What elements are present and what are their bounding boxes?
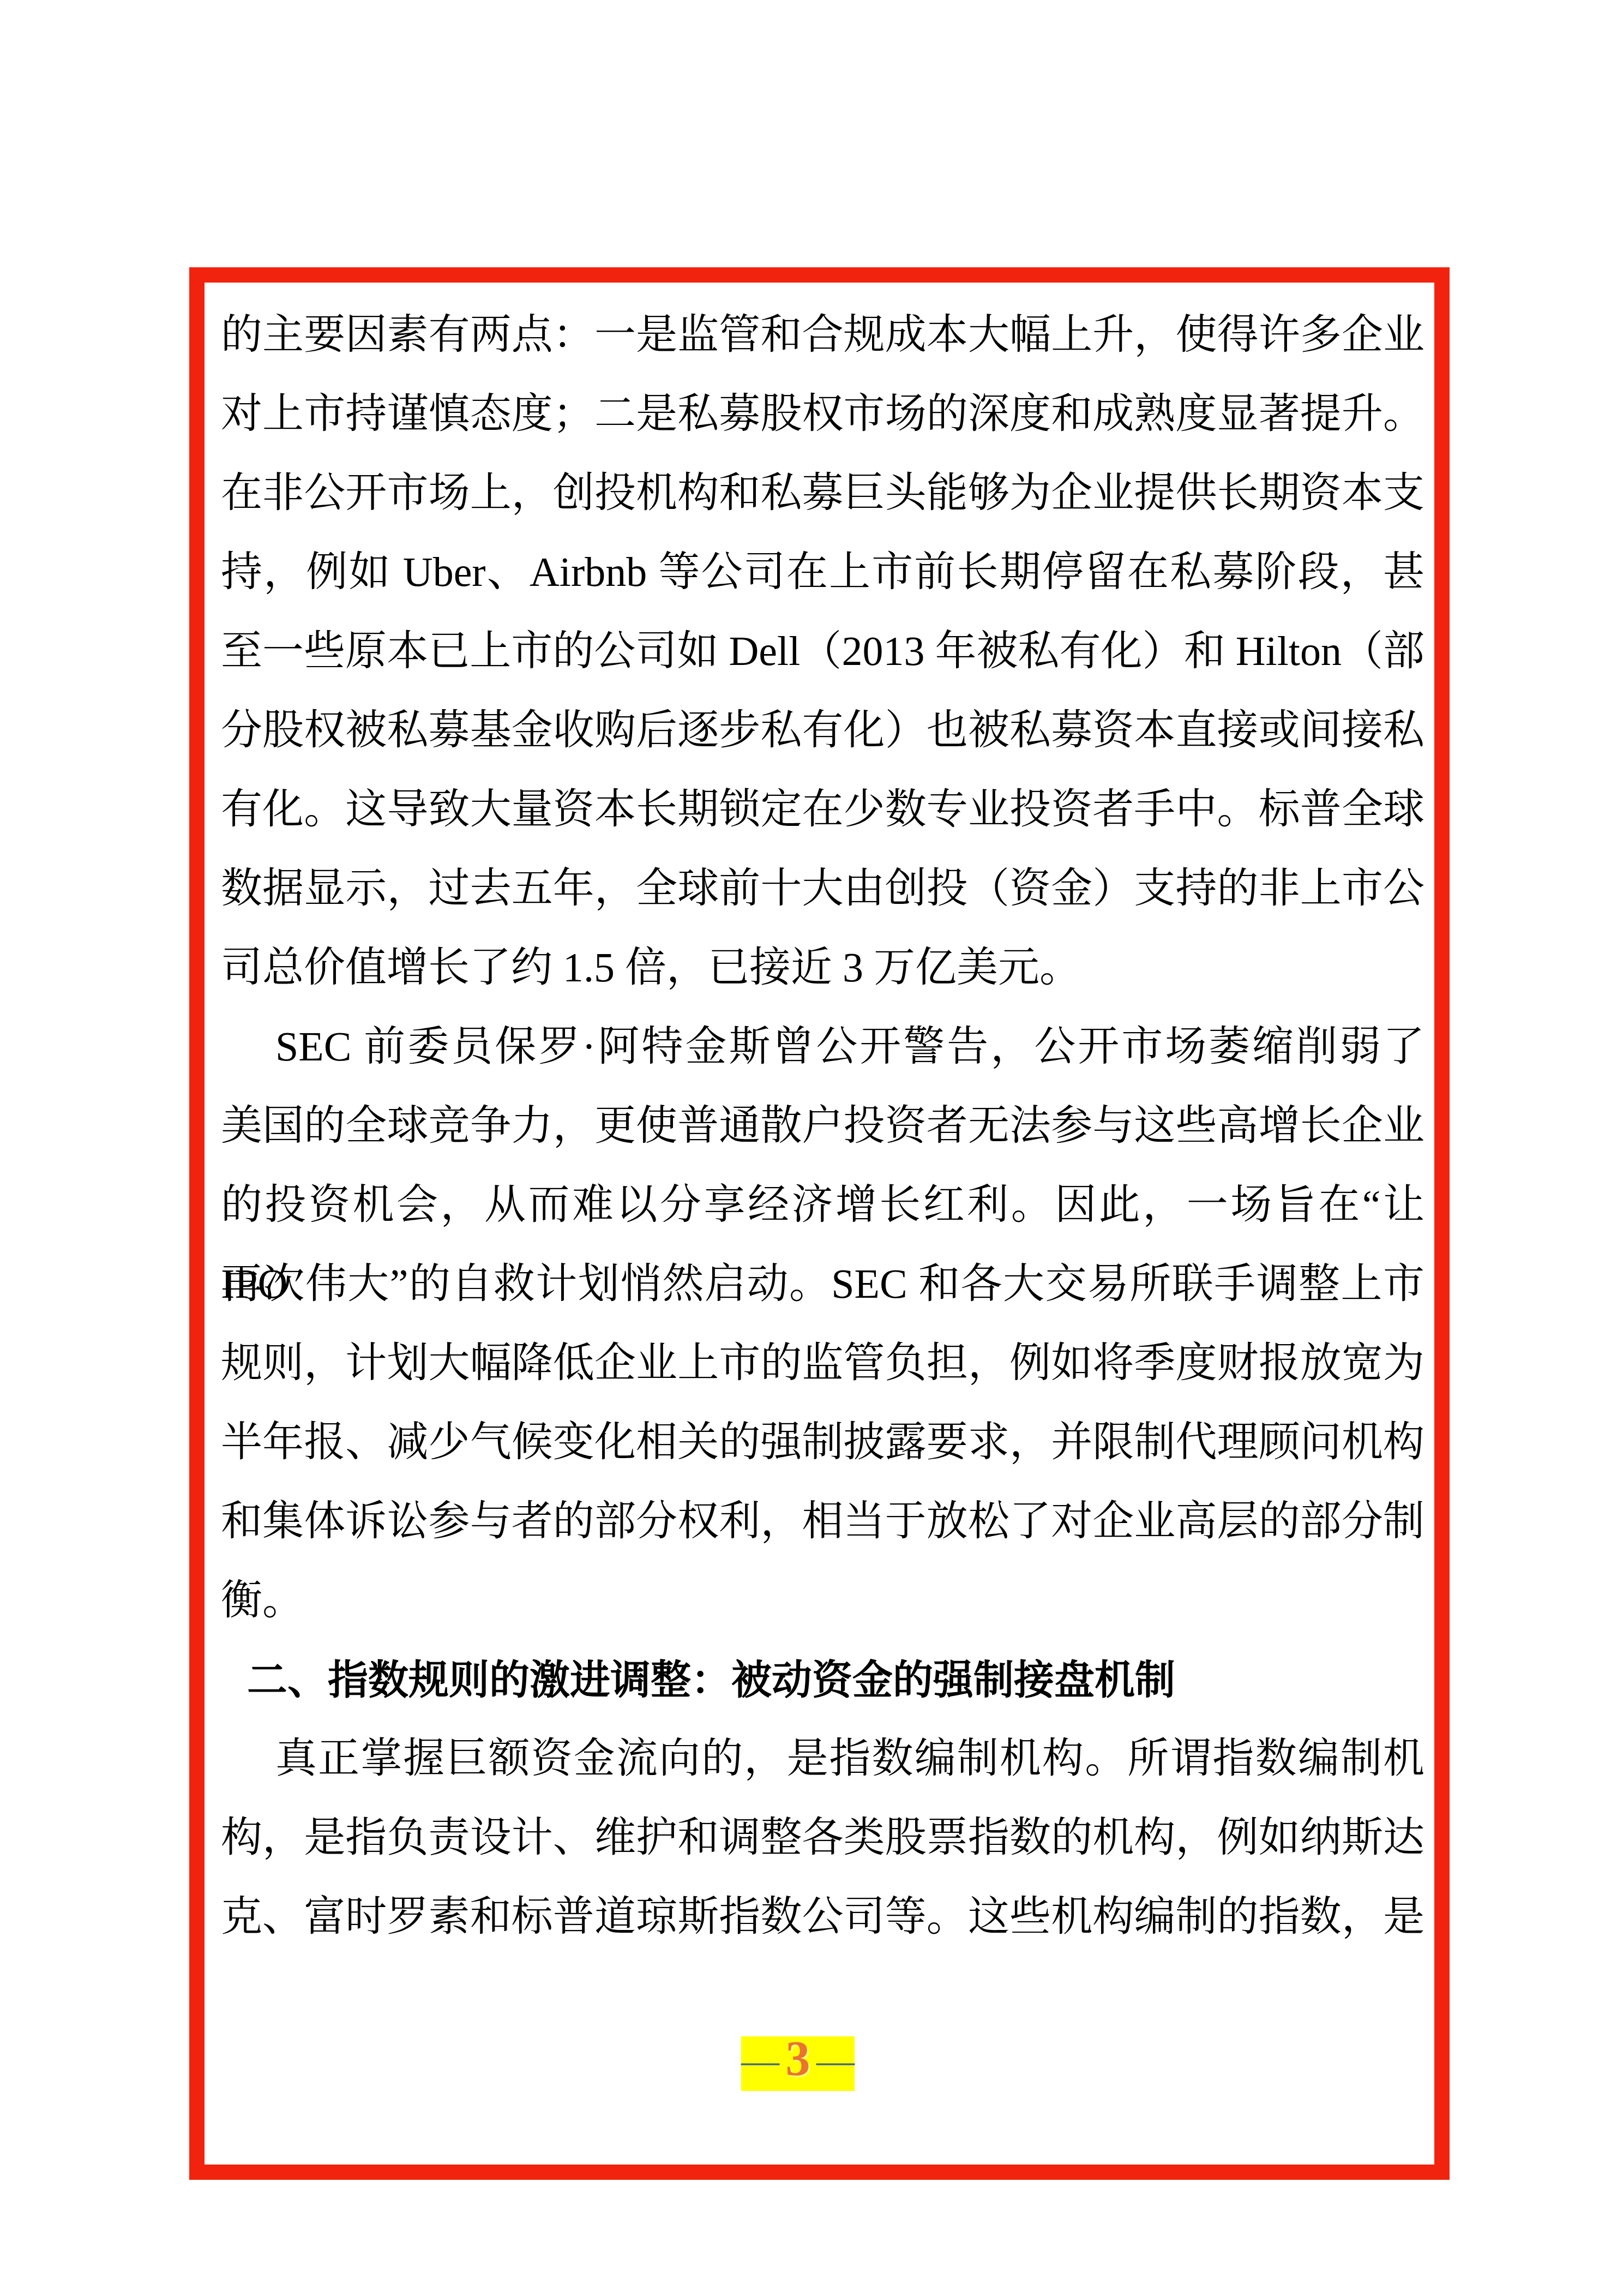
body-line: 在非公开市场上，创投机构和私募巨头能够为企业提供长期资本支 bbox=[221, 454, 1424, 533]
body-line: 规则，计划大幅降低企业上市的监管负担，例如将季度财报放宽为 bbox=[221, 1324, 1424, 1403]
section-heading: 二、指数规则的激进调整：被动资金的强制接盘机制 bbox=[221, 1640, 1424, 1719]
body-line: 的投资机会，从而难以分享经济增长红利。因此，一场旨在“让 IPO bbox=[221, 1166, 1424, 1245]
body-line: 数据显示，过去五年，全球前十大由创投（资金）支持的非上市公 bbox=[221, 849, 1424, 928]
body-line: 持，例如 Uber、Airbnb 等公司在上市前长期停留在私募阶段，甚 bbox=[221, 533, 1424, 612]
page-number: 3 bbox=[786, 2035, 810, 2084]
body-line: 构，是指负责设计、维护和调整各类股票指数的机构，例如纳斯达 bbox=[221, 1799, 1424, 1878]
body-line: 对上市持谨慎态度；二是私募股权市场的深度和成熟度显著提升。 bbox=[221, 375, 1424, 454]
body-line: 半年报、减少气候变化相关的强制披露要求，并限制代理顾问机构 bbox=[221, 1403, 1424, 1482]
body-line: 分股权被私募基金收购后逐步私有化）也被私募资本直接或间接私 bbox=[221, 691, 1424, 770]
footer-dash-right: — bbox=[816, 2042, 855, 2081]
body-line: 美国的全球竞争力，更使普通散户投资者无法参与这些高增长企业 bbox=[221, 1087, 1424, 1166]
page-number-footer: — 3 — bbox=[741, 2036, 855, 2091]
footer-dash-left: — bbox=[741, 2042, 779, 2081]
body-line: 和集体诉讼参与者的部分权利，相当于放松了对企业高层的部分制 bbox=[221, 1482, 1424, 1561]
document-body: 的主要因素有两点：一是监管和合规成本大幅上升，使得许多企业 对上市持谨慎态度；二… bbox=[221, 296, 1424, 1957]
body-line-paragraph-end: 司总价值增长了约 1.5 倍，已接近 3 万亿美元。 bbox=[221, 928, 1424, 1008]
body-line: 至一些原本已上市的公司如 Dell（2013 年被私有化）和 Hilton（部 bbox=[221, 612, 1424, 691]
body-line: 有化。这导致大量资本长期锁定在少数专业投资者手中。标普全球 bbox=[221, 770, 1424, 849]
body-line-paragraph-start: SEC 前委员保罗·阿特金斯曾公开警告，公开市场萎缩削弱了 bbox=[221, 1008, 1424, 1087]
body-line: 的主要因素有两点：一是监管和合规成本大幅上升，使得许多企业 bbox=[221, 296, 1424, 375]
body-line: 再次伟大”的自救计划悄然启动。SEC 和各大交易所联手调整上市 bbox=[221, 1245, 1424, 1324]
body-line: 克、富时罗素和标普道琼斯指数公司等。这些机构编制的指数，是 bbox=[221, 1878, 1424, 1957]
body-line-paragraph-start: 真正掌握巨额资金流向的，是指数编制机构。所谓指数编制机 bbox=[221, 1719, 1424, 1799]
document-page: { "colors": { "frame": "#f2230e", "highl… bbox=[0, 0, 1623, 2296]
body-line-paragraph-end: 衡。 bbox=[221, 1561, 1424, 1640]
